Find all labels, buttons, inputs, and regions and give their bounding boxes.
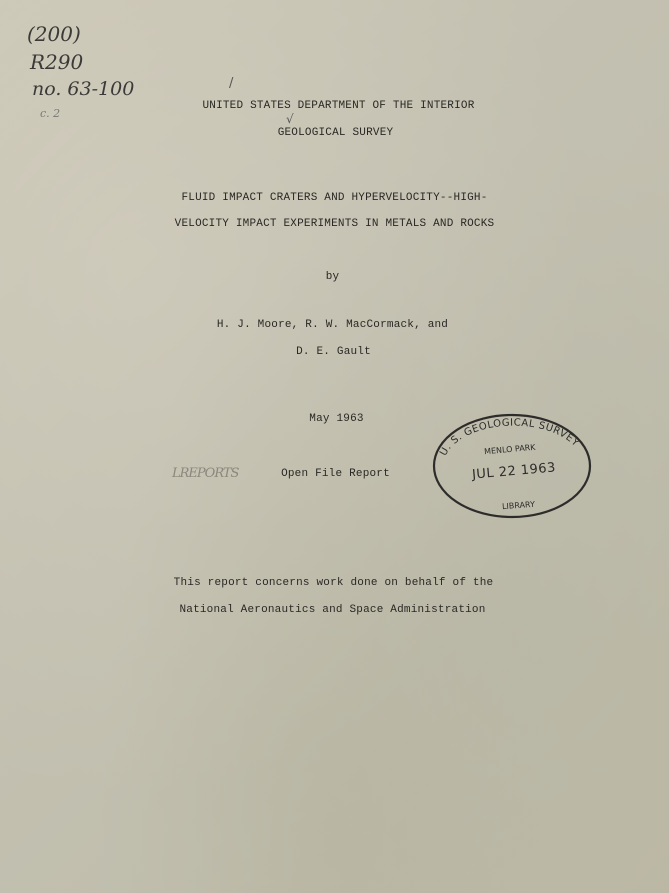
sponsor-note-line-2: National Aeronautics and Space Administr… <box>0 604 669 616</box>
byline-label: by <box>0 271 669 283</box>
handwritten-series-number: no. 63-100 <box>32 78 134 100</box>
department-heading: UNITED STATES DEPARTMENT OF THE INTERIOR <box>0 100 669 112</box>
report-title-line-2: VELOCITY IMPACT EXPERIMENTS IN METALS AN… <box>0 218 669 230</box>
report-title-line-1: FLUID IMPACT CRATERS AND HYPERVELOCITY--… <box>0 192 669 204</box>
sponsor-note-line-1: This report concerns work done on behalf… <box>0 577 669 589</box>
handwritten-accession-number: (200) <box>27 22 81 46</box>
agency-heading: GEOLOGICAL SURVEY <box>0 127 669 139</box>
library-received-stamp: U. S. GEOLOGICAL SURVEY MENLO PARK JUL 2… <box>432 413 592 519</box>
check-mark-icon: √ <box>286 112 294 126</box>
authors-line-2: D. E. Gault <box>0 346 669 358</box>
handwritten-call-number: R290 <box>30 50 83 74</box>
authors-line-1: H. J. Moore, R. W. MacCormack, and <box>0 319 669 331</box>
check-mark-icon: / <box>229 76 233 91</box>
